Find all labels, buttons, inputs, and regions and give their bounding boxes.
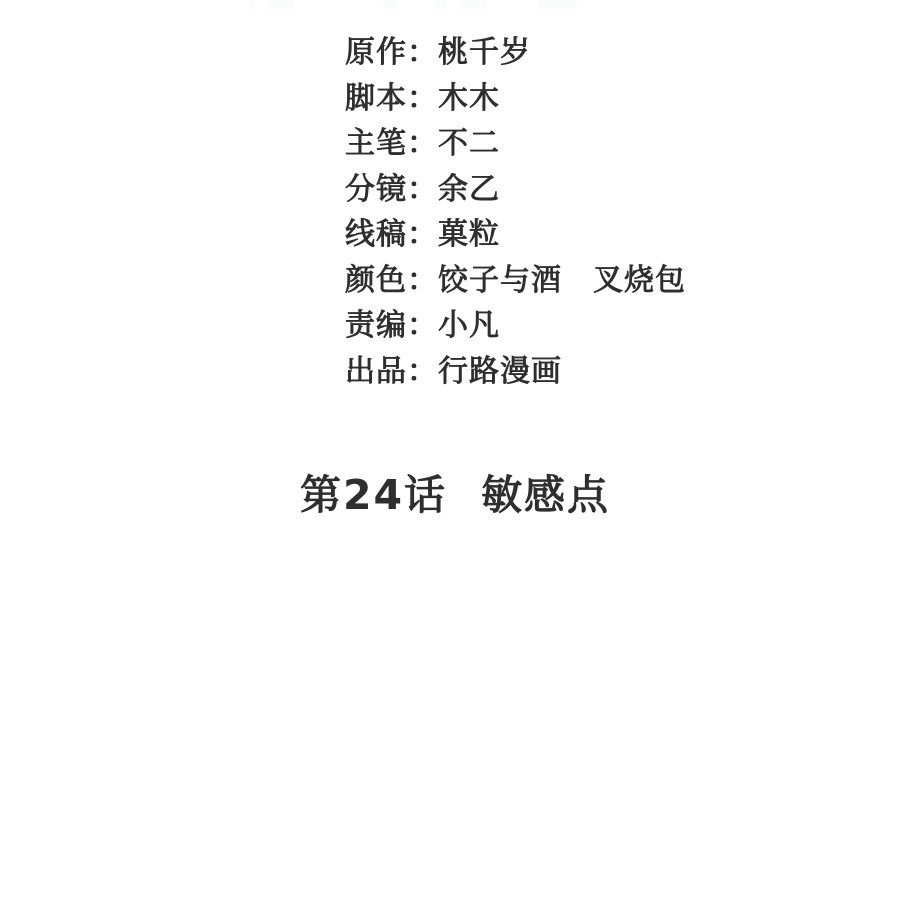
credit-value: 不二 — [438, 121, 500, 167]
chapter-name: 敏感点 — [481, 471, 610, 519]
credit-value: 木木 — [438, 76, 500, 122]
credit-label: 主笔： — [345, 121, 438, 167]
credit-label: 出品： — [345, 349, 438, 395]
credit-label: 颜色： — [345, 258, 438, 304]
comic-credits-page: 原作：桃千岁脚本：木木主笔：不二分镜：余乙线稿：菓粒颜色：饺子与酒 叉烧包责编：… — [0, 0, 900, 900]
credit-value: 行路漫画 — [438, 349, 562, 395]
credit-row: 脚本：木木 — [345, 76, 686, 122]
credit-label: 分镜： — [345, 167, 438, 213]
credit-value: 余乙 — [438, 167, 500, 213]
credit-label: 线稿： — [345, 212, 438, 258]
credit-row: 线稿：菓粒 — [345, 212, 686, 258]
credits-list: 原作：桃千岁脚本：木木主笔：不二分镜：余乙线稿：菓粒颜色：饺子与酒 叉烧包责编：… — [345, 30, 686, 394]
credit-value: 小凡 — [438, 303, 500, 349]
top-edge-artifact — [383, 0, 397, 9]
credit-label: 原作： — [345, 30, 438, 76]
top-edge-artifact — [268, 0, 294, 9]
credit-label: 责编： — [345, 303, 438, 349]
chapter-title: 第24话敏感点 — [300, 462, 610, 521]
top-edge-artifact — [435, 0, 447, 9]
credit-row: 出品：行路漫画 — [345, 349, 686, 395]
credit-value: 桃千岁 — [438, 30, 531, 76]
credit-value: 菓粒 — [438, 212, 500, 258]
credit-row: 责编：小凡 — [345, 303, 686, 349]
credit-row: 分镜：余乙 — [345, 167, 686, 213]
credit-row: 颜色：饺子与酒 叉烧包 — [345, 258, 686, 304]
credit-row: 主笔：不二 — [345, 121, 686, 167]
top-edge-artifact — [250, 0, 255, 9]
credit-row: 原作：桃千岁 — [345, 30, 686, 76]
top-edge-artifact — [460, 0, 487, 9]
credit-label: 脚本： — [345, 76, 438, 122]
top-edge-artifact — [538, 0, 577, 9]
chapter-number: 第24话 — [300, 471, 447, 519]
credit-value: 饺子与酒 叉烧包 — [438, 258, 686, 304]
